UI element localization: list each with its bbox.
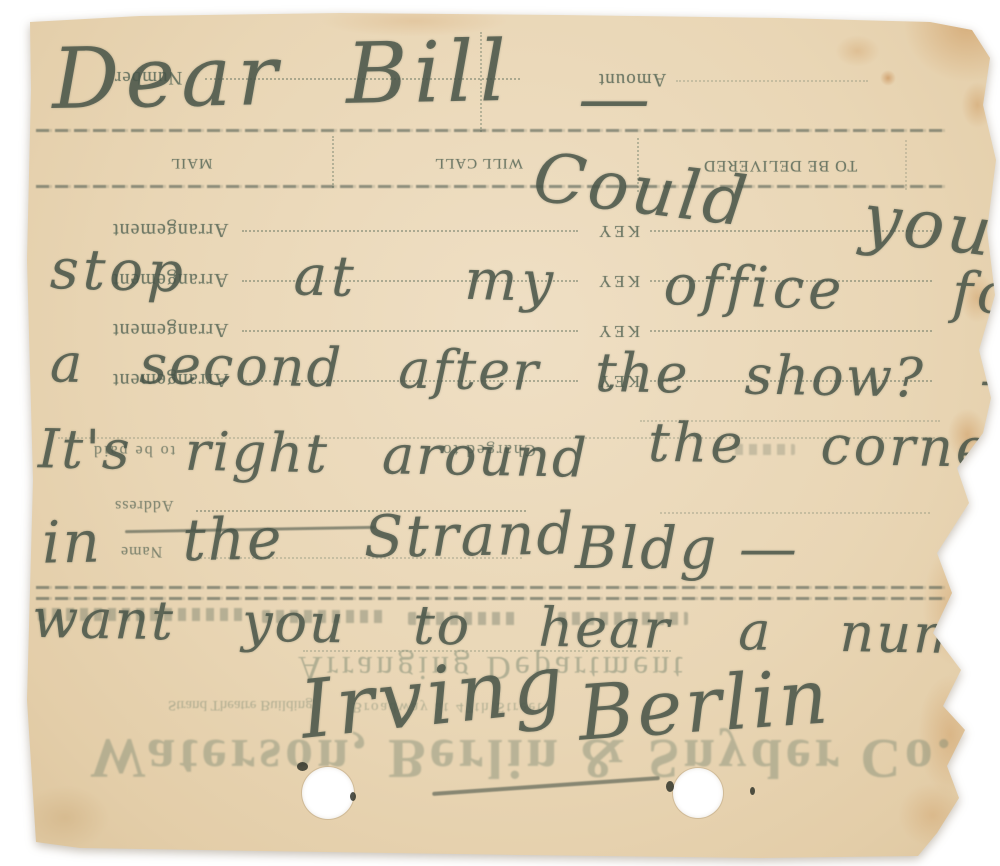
handwriting-line-a-second: a second after the show? —: [50, 331, 1000, 411]
paper-stain: [20, 785, 110, 850]
letterhead-building: Strand Theatre Building: [168, 696, 313, 713]
handwriting-salutation: Dear Bill: [51, 22, 513, 128]
paper-sheet: Number Amount MAIL WILL CALL TO BE DELIV…: [0, 0, 1000, 866]
handwriting-line-the-corner: the corner: [647, 411, 1000, 480]
paper-stain: [880, 70, 896, 86]
paper-stain: [835, 35, 880, 67]
form-rule-line: [242, 230, 578, 232]
form-rule-line: [36, 129, 948, 132]
form-rule-line: [650, 330, 932, 332]
paper-stain: [895, 0, 1000, 90]
paper-wrapper: Number Amount MAIL WILL CALL TO BE DELIV…: [0, 0, 1000, 866]
punch-hole-right: [673, 768, 723, 818]
ink-speck: [666, 781, 674, 792]
paper-stain: [895, 780, 970, 850]
handwriting-line-bldg: Bldg —: [575, 514, 799, 582]
form-label-arrangement: Arrangement: [112, 218, 229, 241]
form-rule-line: [676, 80, 868, 82]
handwriting-line-its-right: It's right around: [37, 417, 589, 490]
form-rule-line: [242, 330, 578, 332]
form-label-mail: MAIL: [170, 154, 212, 171]
handwriting-line-in-the-strand: in the Strand: [41, 499, 576, 576]
form-rule-line: [332, 136, 334, 188]
form-label-key: KEY: [596, 321, 640, 341]
form-label-will-call: WILL CALL: [434, 154, 523, 171]
paper-stain: [960, 80, 995, 130]
handwriting-dash: —: [578, 56, 650, 140]
photographed-note: Number Amount MAIL WILL CALL TO BE DELIV…: [0, 0, 1000, 866]
signature-berlin: Berlin: [575, 651, 833, 757]
ink-speck: [297, 762, 308, 771]
punch-hole-left: [302, 767, 354, 819]
ink-speck: [750, 787, 755, 795]
ink-speck: [350, 792, 356, 801]
